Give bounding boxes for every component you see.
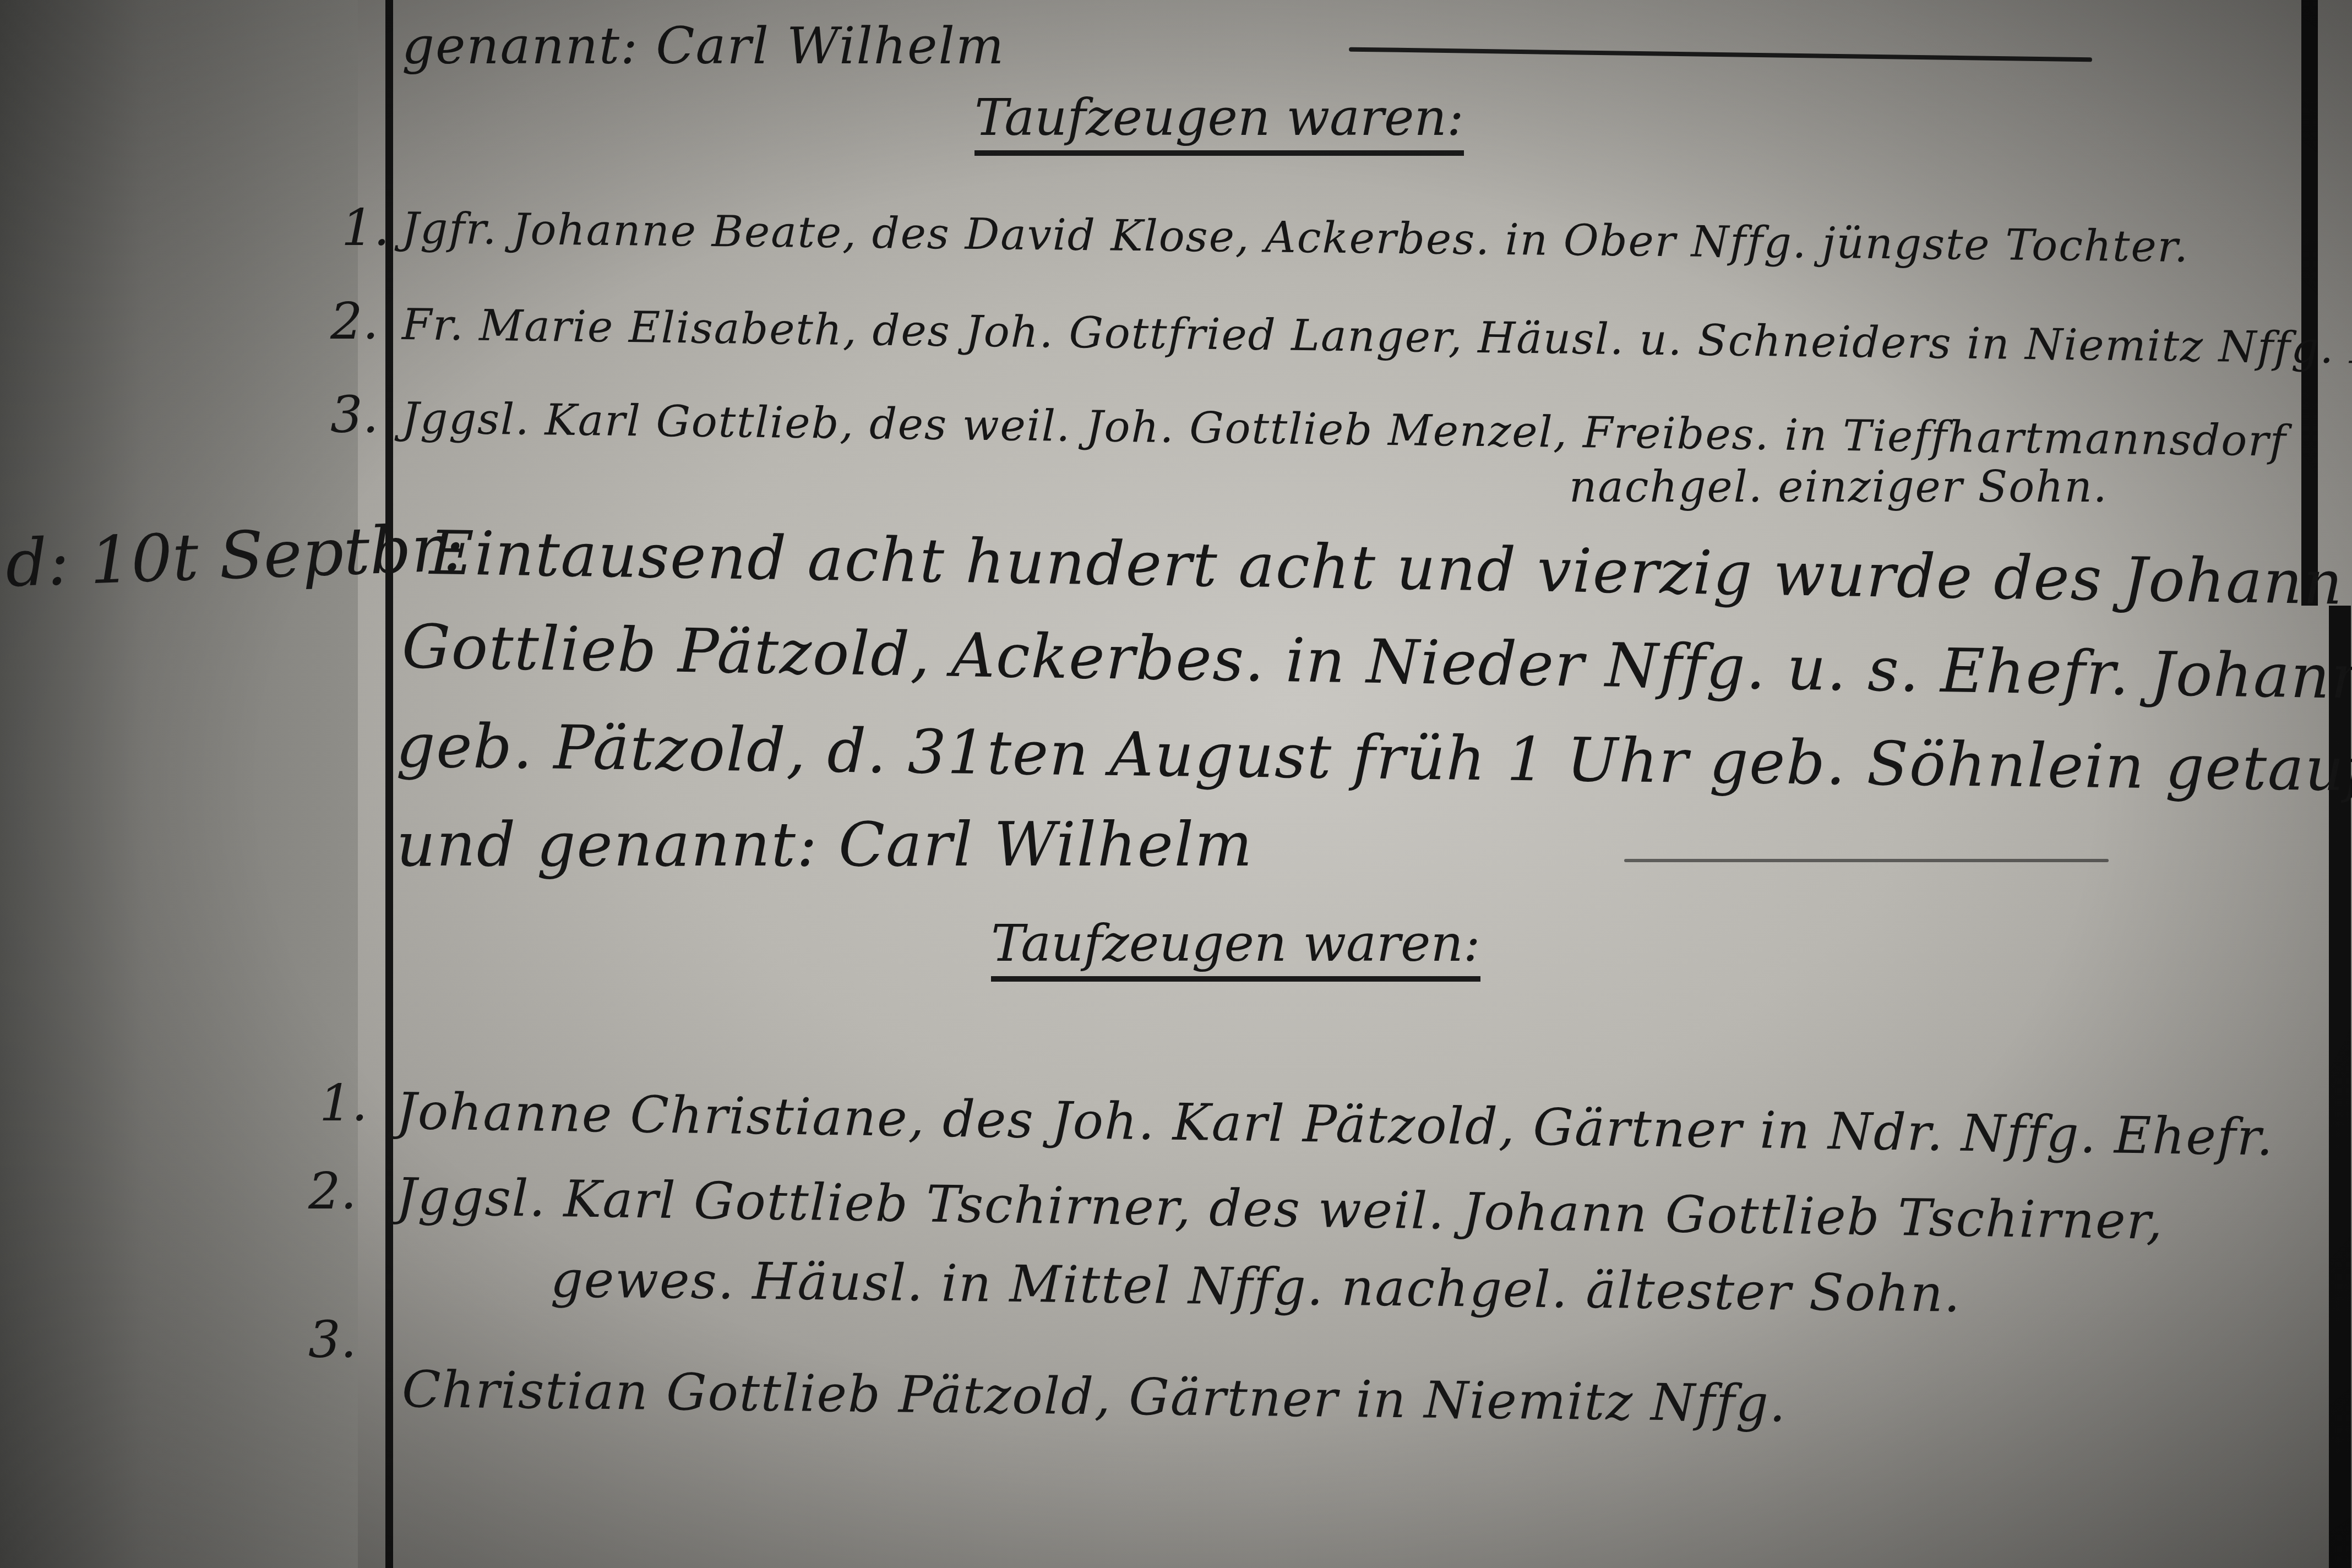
entry-line-1: Eintausend acht hundert acht und vierzig…	[429, 518, 2344, 618]
previous-godparent-3: Jggsl. Karl Gottlieb, des weil. Joh. Got…	[401, 394, 2286, 466]
godparents-heading: Taufzeugen waren:	[991, 914, 1480, 982]
godparent-number: 1.	[319, 1074, 368, 1133]
godparent-2: Jggsl. Karl Gottlieb Tschirner, des weil…	[396, 1167, 2164, 1251]
previous-godparent-2: Fr. Marie Elisabeth, des Joh. Gottfried …	[401, 300, 2352, 375]
previous-godparent-3-continuation: nachgel. einziger Sohn.	[1569, 462, 2108, 512]
entry-end-flourish	[1349, 47, 2092, 62]
previous-godparent-1: Jgfr. Johanne Beate, des David Klose, Ac…	[402, 204, 2190, 272]
previous-godparents-heading: Taufzeugen waren:	[974, 88, 1464, 156]
entry-line-4: und genannt: Carl Wilhelm	[396, 809, 1253, 880]
godparent-number: 2.	[330, 292, 379, 351]
godparent-1: Johanne Christiane, des Joh. Karl Pätzol…	[396, 1082, 2274, 1167]
left-margin-column	[0, 0, 358, 1568]
godparent-number: 2.	[308, 1162, 357, 1221]
previous-entry-closing: genannt: Carl Wilhelm	[402, 17, 1005, 75]
entry-margin-date: d: 10t Septbr:	[4, 510, 466, 602]
godparent-number: 1.	[341, 198, 390, 257]
entry-end-line	[1624, 859, 2109, 862]
godparent-3: Christian Gottlieb Pätzold, Gärtner in N…	[401, 1360, 1787, 1433]
entry-line-2: Gottlieb Pätzold, Ackerbes. in Nieder Nf…	[401, 611, 2352, 717]
register-page-photo: genannt: Carl Wilhelm Taufzeugen waren: …	[0, 0, 2352, 1568]
godparent-2-continuation: gewes. Häusl. in Mittel Nffg. nachgel. ä…	[550, 1250, 1961, 1324]
godparent-number: 3.	[330, 385, 379, 444]
entry-line-3: geb. Pätzold, d. 31ten August früh 1 Uhr…	[396, 710, 2352, 805]
godparent-number: 3.	[308, 1310, 357, 1369]
right-border-rule-upper	[2301, 0, 2318, 606]
